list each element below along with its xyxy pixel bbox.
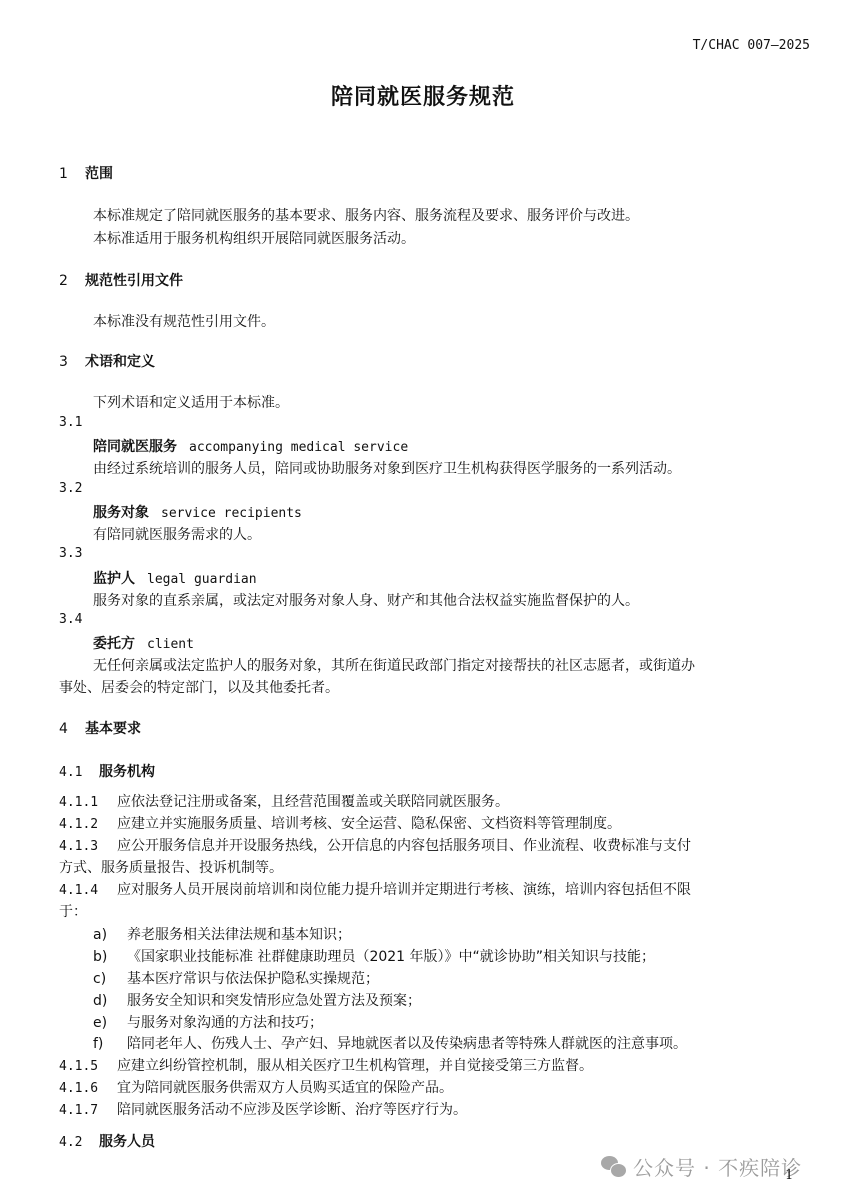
- section-title: 术语和定义: [85, 354, 155, 370]
- clause: 4.1.7陪同就医服务活动不应涉及医学诊断、治疗等医疗行为。: [59, 1099, 467, 1119]
- term-zh: 监护人: [93, 571, 135, 587]
- clause-text: 应依法登记注册或备案，且经营范围覆盖或关联陪同就医服务。: [117, 794, 509, 810]
- subsection-number: 4.1: [59, 765, 99, 780]
- clause: 4.1.6宜为陪同就医服务供需双方人员购买适宜的保险产品。: [59, 1077, 453, 1097]
- list-item: b)《国家职业技能标准 社群健康助理员（2021 年版）》中“就诊协助”相关知识…: [93, 946, 655, 966]
- clause-text: 陪同就医服务活动不应涉及医学诊断、治疗等医疗行为。: [117, 1102, 467, 1118]
- list-item: d)服务安全知识和突发情形应急处置方法及预案；: [93, 990, 421, 1010]
- clause-continued: 于：: [59, 901, 87, 921]
- clause-continued: 方式、服务质量报告、投诉机制等。: [59, 857, 283, 877]
- section-number: 1: [59, 166, 85, 182]
- clause: 4.1.2应建立并实施服务质量、培训考核、安全运营、隐私保密、文档资料等管理制度…: [59, 813, 621, 833]
- paragraph: 下列术语和定义适用于本标准。: [93, 392, 289, 412]
- list-item: a)养老服务相关法律法规和基本知识；: [93, 924, 351, 944]
- section-4-heading: 4基本要求: [59, 718, 141, 738]
- document-title: 陪同就医服务规范: [0, 80, 846, 111]
- term-number: 3.4: [59, 612, 82, 627]
- list-marker: f): [93, 1036, 127, 1052]
- paragraph: 本标准适用于服务机构组织开展陪同就医服务活动。: [93, 228, 415, 248]
- list-item: f)陪同老年人、伤残人士、孕产妇、异地就医者以及传染病患者等特殊人群就医的注意事…: [93, 1033, 687, 1053]
- term-number: 3.2: [59, 481, 82, 496]
- list-text: 《国家职业技能标准 社群健康助理员（2021 年版）》中“就诊协助”相关知识与技…: [127, 949, 655, 965]
- clause-number: 4.1.6: [59, 1081, 117, 1096]
- clause: 4.1.5应建立纠纷管控机制，服从相关医疗卫生机构管理，并自觉接受第三方监督。: [59, 1055, 593, 1075]
- clause-text: 应对服务人员开展岗前培训和岗位能力提升培训并定期进行考核、演练，培训内容包括但不…: [117, 882, 691, 898]
- clause-number: 4.1.3: [59, 839, 117, 854]
- clause: 4.1.3应公开服务信息并开设服务热线，公开信息的内容包括服务项目、作业流程、收…: [59, 835, 691, 855]
- subsection-number: 4.2: [59, 1135, 99, 1150]
- term-definition: 有陪同就医服务需求的人。: [93, 524, 261, 544]
- watermark-text: 公众号 · 不疾陪诊: [633, 1152, 802, 1181]
- subsection-title: 服务机构: [99, 764, 155, 780]
- term-heading: 陪同就医服务accompanying medical service: [93, 436, 408, 456]
- paragraph: 本标准没有规范性引用文件。: [93, 311, 275, 331]
- section-number: 3: [59, 354, 85, 370]
- list-item: c)基本医疗常识与依法保护隐私实操规范；: [93, 968, 379, 988]
- term-heading: 监护人legal guardian: [93, 568, 257, 588]
- section-3-heading: 3术语和定义: [59, 351, 155, 371]
- section-1-heading: 1范围: [59, 163, 113, 183]
- wechat-icon: [601, 1156, 627, 1178]
- page-number: 1: [785, 1168, 793, 1183]
- term-heading: 服务对象service recipients: [93, 502, 302, 522]
- section-number: 2: [59, 273, 85, 289]
- term-en: client: [147, 637, 194, 652]
- term-en: accompanying medical service: [189, 440, 408, 455]
- clause-text: 应建立纠纷管控机制，服从相关医疗卫生机构管理，并自觉接受第三方监督。: [117, 1058, 593, 1074]
- term-en: service recipients: [161, 506, 302, 521]
- list-text: 养老服务相关法律法规和基本知识；: [127, 927, 351, 943]
- term-definition: 服务对象的直系亲属，或法定对服务对象人身、财产和其他合法权益实施监督保护的人。: [93, 590, 639, 610]
- section-title: 范围: [85, 166, 113, 182]
- list-text: 陪同老年人、伤残人士、孕产妇、异地就医者以及传染病患者等特殊人群就医的注意事项。: [127, 1036, 687, 1052]
- subsection-4-1-heading: 4.1服务机构: [59, 761, 155, 781]
- term-definition: 由经过系统培训的服务人员，陪同或协助服务对象到医疗卫生机构获得医学服务的一系列活…: [93, 458, 681, 478]
- list-marker: c): [93, 971, 127, 987]
- term-definition-continued: 事处、居委会的特定部门，以及其他委托者。: [59, 677, 339, 697]
- section-2-heading: 2规范性引用文件: [59, 270, 183, 290]
- clause-number: 4.1.7: [59, 1103, 117, 1118]
- term-zh: 委托方: [93, 636, 135, 652]
- section-title: 基本要求: [85, 721, 141, 737]
- term-zh: 服务对象: [93, 505, 149, 521]
- paragraph: 本标准规定了陪同就医服务的基本要求、服务内容、服务流程及要求、服务评价与改进。: [93, 205, 639, 225]
- term-definition: 无任何亲属或法定监护人的服务对象，其所在街道民政部门指定对接帮扶的社区志愿者，或…: [93, 655, 695, 675]
- clause-number: 4.1.5: [59, 1059, 117, 1074]
- clause-text: 宜为陪同就医服务供需双方人员购买适宜的保险产品。: [117, 1080, 453, 1096]
- list-text: 服务安全知识和突发情形应急处置方法及预案；: [127, 993, 421, 1009]
- watermark: 公众号 · 不疾陪诊: [601, 1152, 802, 1181]
- list-marker: d): [93, 993, 127, 1009]
- clause-text: 应公开服务信息并开设服务热线，公开信息的内容包括服务项目、作业流程、收费标准与支…: [117, 838, 691, 854]
- term-heading: 委托方client: [93, 633, 194, 653]
- list-text: 与服务对象沟通的方法和技巧；: [127, 1015, 323, 1031]
- section-number: 4: [59, 721, 85, 737]
- term-zh: 陪同就医服务: [93, 439, 177, 455]
- term-number: 3.3: [59, 546, 82, 561]
- list-marker: a): [93, 927, 127, 943]
- clause: 4.1.4应对服务人员开展岗前培训和岗位能力提升培训并定期进行考核、演练，培训内…: [59, 879, 691, 899]
- clause-text: 应建立并实施服务质量、培训考核、安全运营、隐私保密、文档资料等管理制度。: [117, 816, 621, 832]
- section-title: 规范性引用文件: [85, 273, 183, 289]
- clause-number: 4.1.1: [59, 795, 117, 810]
- clause-number: 4.1.4: [59, 883, 117, 898]
- term-en: legal guardian: [147, 572, 257, 587]
- clause: 4.1.1应依法登记注册或备案，且经营范围覆盖或关联陪同就医服务。: [59, 791, 509, 811]
- subsection-title: 服务人员: [99, 1134, 155, 1150]
- list-marker: e): [93, 1015, 127, 1031]
- term-number: 3.1: [59, 415, 82, 430]
- standard-code: T/CHAC 007—2025: [693, 38, 810, 53]
- list-item: e)与服务对象沟通的方法和技巧；: [93, 1012, 323, 1032]
- clause-number: 4.1.2: [59, 817, 117, 832]
- list-marker: b): [93, 949, 127, 965]
- subsection-4-2-heading: 4.2服务人员: [59, 1131, 155, 1151]
- list-text: 基本医疗常识与依法保护隐私实操规范；: [127, 971, 379, 987]
